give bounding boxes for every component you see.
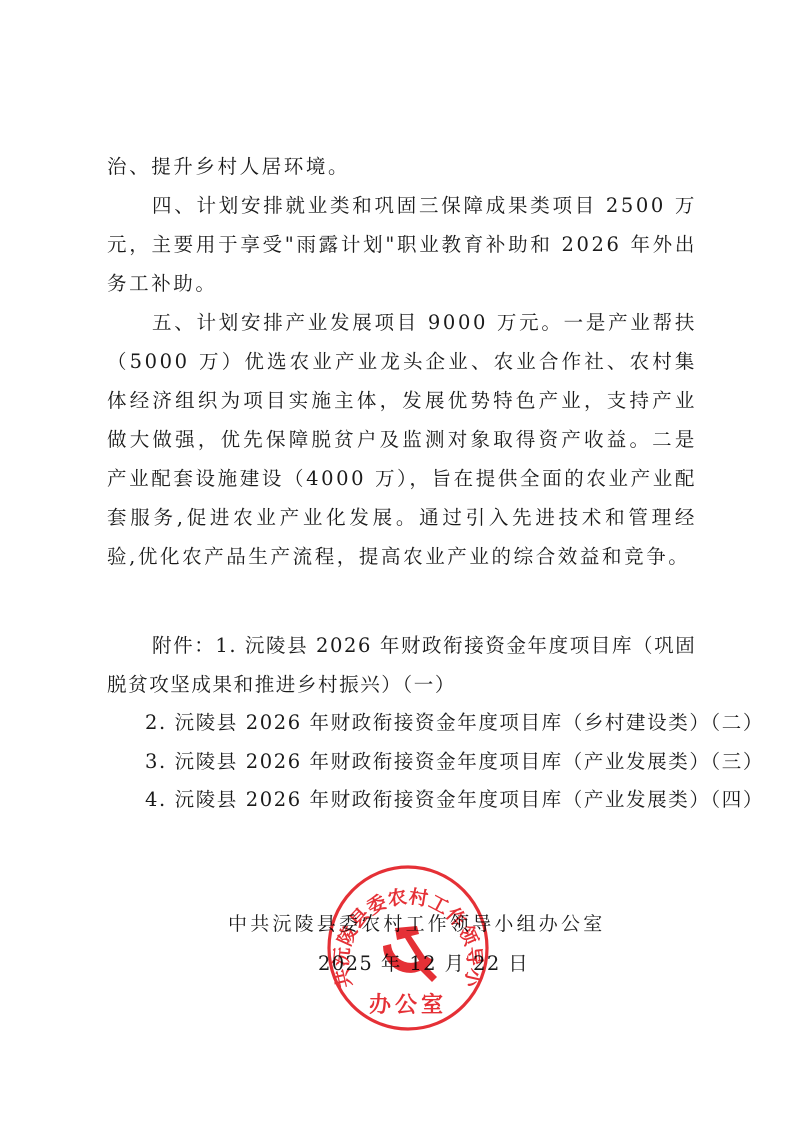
seal-center-text: 办公室 — [369, 992, 447, 1018]
attachment-item-4: 4. 沅陵县 2026 年财政衔接资金年度项目库（产业发展类）（四） — [107, 781, 707, 820]
document-body: 治、提升乡村人居环境。 四、计划安排就业类和巩固三保障成果类项目 2500 万元… — [107, 147, 697, 576]
document-page: 治、提升乡村人居环境。 四、计划安排就业类和巩固三保障成果类项目 2500 万元… — [0, 0, 793, 1122]
hammer-sickle-icon — [383, 926, 437, 982]
attachment-item-1: 附件：1. 沅陵县 2026 年财政衔接资金年度项目库（巩固脱贫攻坚成果和推进乡… — [107, 627, 707, 704]
paragraph-continuation: 治、提升乡村人居环境。 — [107, 147, 697, 186]
paragraph-industry-projects: 五、计划安排产业发展项目 9000 万元。一是产业帮扶（5000 万）优选农业产… — [107, 303, 697, 576]
attachments-label: 附件： — [152, 634, 215, 657]
paragraph-employment-projects: 四、计划安排就业类和巩固三保障成果类项目 2500 万元，主要用于享受"雨露计划… — [107, 186, 697, 303]
attachment-item-2: 2. 沅陵县 2026 年财政衔接资金年度项目库（乡村建设类）（二） — [107, 704, 707, 743]
attachment-item-3: 3. 沅陵县 2026 年财政衔接资金年度项目库（产业发展类）（三） — [107, 743, 707, 782]
official-seal: 中共沅陵县委农村工作领导小组 办公室 — [325, 864, 491, 1032]
attachments-list: 附件：1. 沅陵县 2026 年财政衔接资金年度项目库（巩固脱贫攻坚成果和推进乡… — [107, 627, 707, 820]
